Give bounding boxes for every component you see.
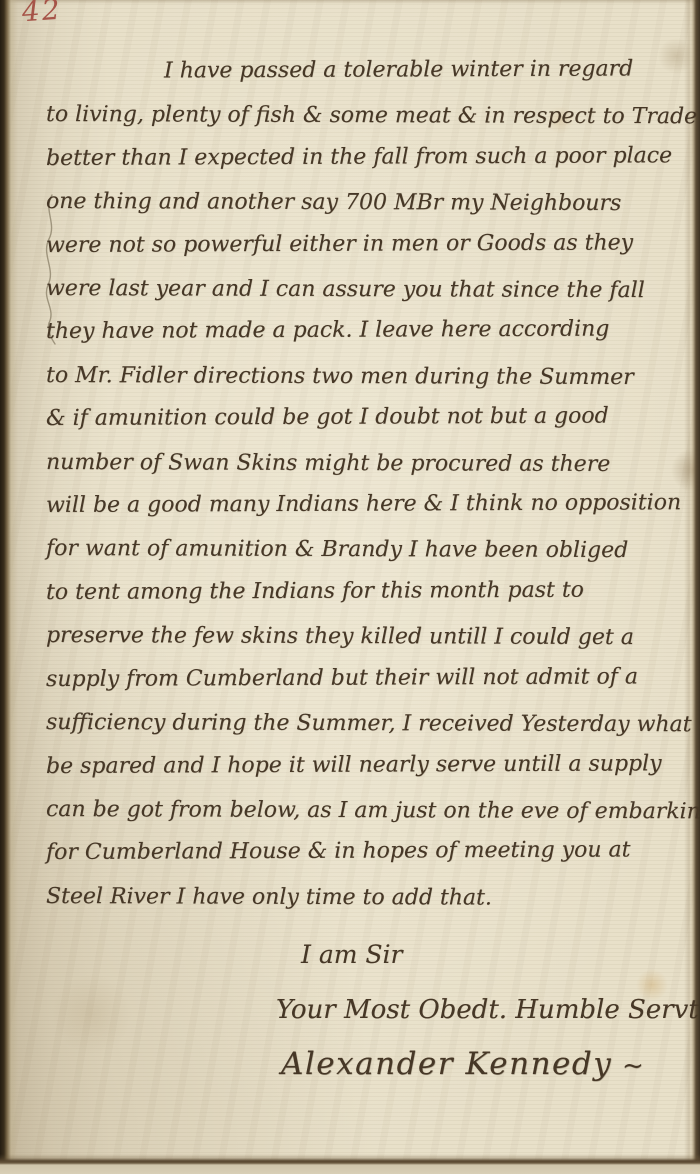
manuscript-line: & if amunition could be got I doubt not … [46,394,696,440]
manuscript-line: were last year and I can assure you that… [46,267,696,313]
manuscript-line: they have not made a pack. I leave here … [46,308,696,354]
letter-signature: Alexander Kennedy [281,1038,696,1092]
manuscript-line: number of Swan Skins might be procured a… [46,441,696,487]
manuscript-line: be spared and I hope it will nearly serv… [46,742,696,788]
page-top-edge [0,0,700,4]
manuscript-line: better than I expected in the fall from … [46,134,696,180]
manuscript-line: were not so powerful either in men or Go… [46,221,696,267]
manuscript-line: sufficiency during the Summer, I receive… [46,701,696,747]
manuscript-line: for Cumberland House & in hopes of meeti… [46,828,696,874]
manuscript-line: Steel River I have only time to add that… [46,875,696,921]
page-bottom-edge [0,1154,700,1174]
manuscript-line: one thing and another say 700 MBr my Nei… [46,180,696,226]
manuscript-line: can be got from below, as I am just on t… [46,788,696,834]
manuscript-line: to Mr. Fidler directions two men during … [46,354,696,400]
letter-closing-salutation: I am Sir [301,932,696,978]
manuscript-line: supply from Cumberland but their will no… [46,655,696,701]
letter-body: I have passed a tolerable winter in rega… [46,50,696,1092]
manuscript-line: will be a good many Indians here & I thi… [46,481,696,527]
letter-closing-valediction: Your Most Obedt. Humble Servt. [276,986,696,1034]
manuscript-line: to tent among the Indians for this month… [46,568,696,614]
manuscript-line: I have passed a tolerable winter in rega… [46,47,696,93]
manuscript-line: preserve the few skins they killed until… [46,614,696,660]
manuscript-page-scan: 42 I have passed a tolerable winter in r… [0,0,700,1174]
manuscript-line: to living, plenty of fish & some meat & … [46,93,696,139]
page-number: 42 [21,0,63,29]
binding-edge [0,0,18,1174]
manuscript-line: for want of amunition & Brandy I have be… [46,527,696,573]
